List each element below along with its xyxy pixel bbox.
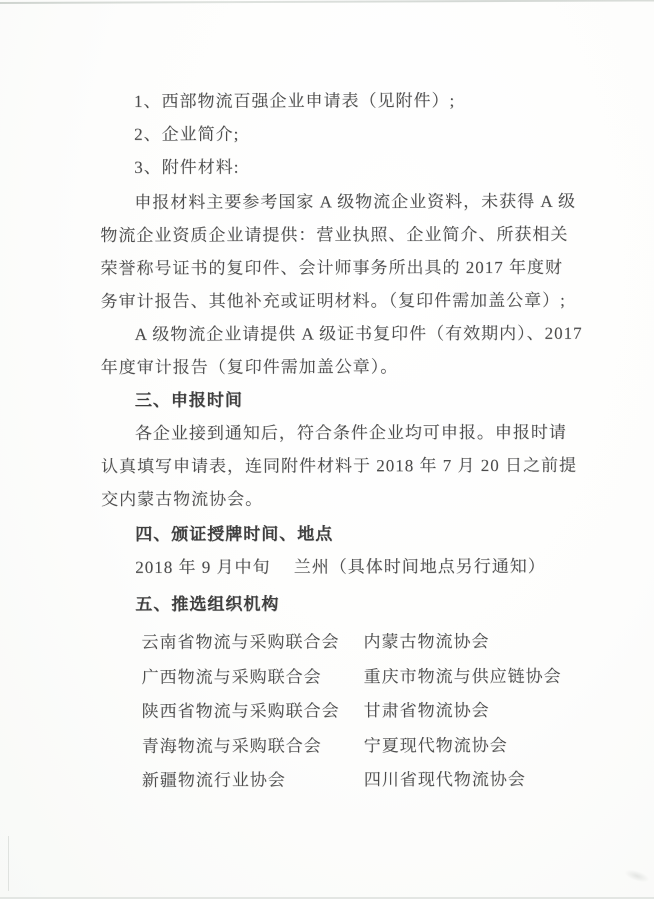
- scan-edge-top: [0, 0, 654, 4]
- section-heading-5: 五、推选组织机构: [101, 587, 571, 621]
- organization-row: 新疆物流行业协会 四川省现代物流协会: [102, 763, 572, 799]
- paragraph-line: 物流企业资质企业请提供：营业执照、企业简介、所获相关: [100, 218, 570, 252]
- organization-name: 宁夏现代物流协会: [364, 728, 508, 763]
- organization-name: 四川省现代物流协会: [364, 763, 526, 798]
- list-item-2: 2、企业简介;: [100, 117, 570, 151]
- organization-row: 云南省物流与采购联合会 内蒙古物流协会: [101, 625, 571, 661]
- organization-name: 新疆物流行业协会: [142, 763, 364, 798]
- section-heading-4: 四、颁证授牌时间、地点: [101, 517, 571, 551]
- organization-row: 青海物流与采购联合会 宁夏现代物流协会: [102, 728, 572, 764]
- organization-name: 青海物流与采购联合会: [142, 729, 364, 764]
- scanned-page: 1、西部物流百强企业申请表（见附件）; 2、企业简介; 3、附件材料: 申报材料…: [0, 0, 654, 899]
- scan-edge-left: [8, 836, 9, 891]
- list-item-3: 3、附件材料:: [100, 150, 570, 184]
- paragraph-line: 交内蒙古物流协会。: [101, 482, 571, 516]
- paragraph-line: 荣誉称号证书的复印件、会计师事务所出具的 2017 年度财: [100, 251, 570, 285]
- scan-smudge: [623, 867, 651, 885]
- organization-name: 云南省物流与采购联合会: [141, 625, 363, 660]
- organization-name: 重庆市物流与供应链协会: [364, 659, 562, 694]
- paragraph-line: 各企业接到通知后，符合条件企业均可申报。申报时请: [101, 416, 571, 450]
- paragraph-line: A 级物流企业请提供 A 级证书复印件（有效期内）、2017: [101, 317, 571, 351]
- organization-list: 云南省物流与采购联合会 内蒙古物流协会 广西物流与采购联合会 重庆市物流与供应链…: [101, 625, 571, 799]
- organization-name: 甘肃省物流协会: [364, 694, 490, 729]
- paragraph-line: 申报材料主要参考国家 A 级物流企业资料，未获得 A 级: [100, 185, 570, 219]
- list-item-1: 1、西部物流百强企业申请表（见附件）;: [100, 84, 570, 118]
- organization-name: 广西物流与采购联合会: [142, 660, 364, 695]
- paragraph-line: 年度审计报告（复印件需加盖公章）。: [101, 350, 571, 384]
- paragraph-line: 务审计报告、其他补充或证明材料。（复印件需加盖公章）;: [101, 284, 571, 318]
- section-heading-3: 三、申报时间: [101, 383, 571, 417]
- document-content: 1、西部物流百强企业申请表（见附件）; 2、企业简介; 3、附件材料: 申报材料…: [100, 84, 572, 799]
- organization-name: 陕西省物流与采购联合会: [142, 694, 364, 729]
- section4-detail-line: 2018 年 9 月中旬 兰州（具体时间地点另行通知）: [101, 550, 571, 584]
- organization-name: 内蒙古物流协会: [363, 625, 489, 660]
- paragraph-line: 认真填写申请表，连同附件材料于 2018 年 7 月 20 日之前提: [101, 449, 571, 483]
- organization-row: 广西物流与采购联合会 重庆市物流与供应链协会: [102, 659, 572, 695]
- organization-row: 陕西省物流与采购联合会 甘肃省物流协会: [102, 694, 572, 730]
